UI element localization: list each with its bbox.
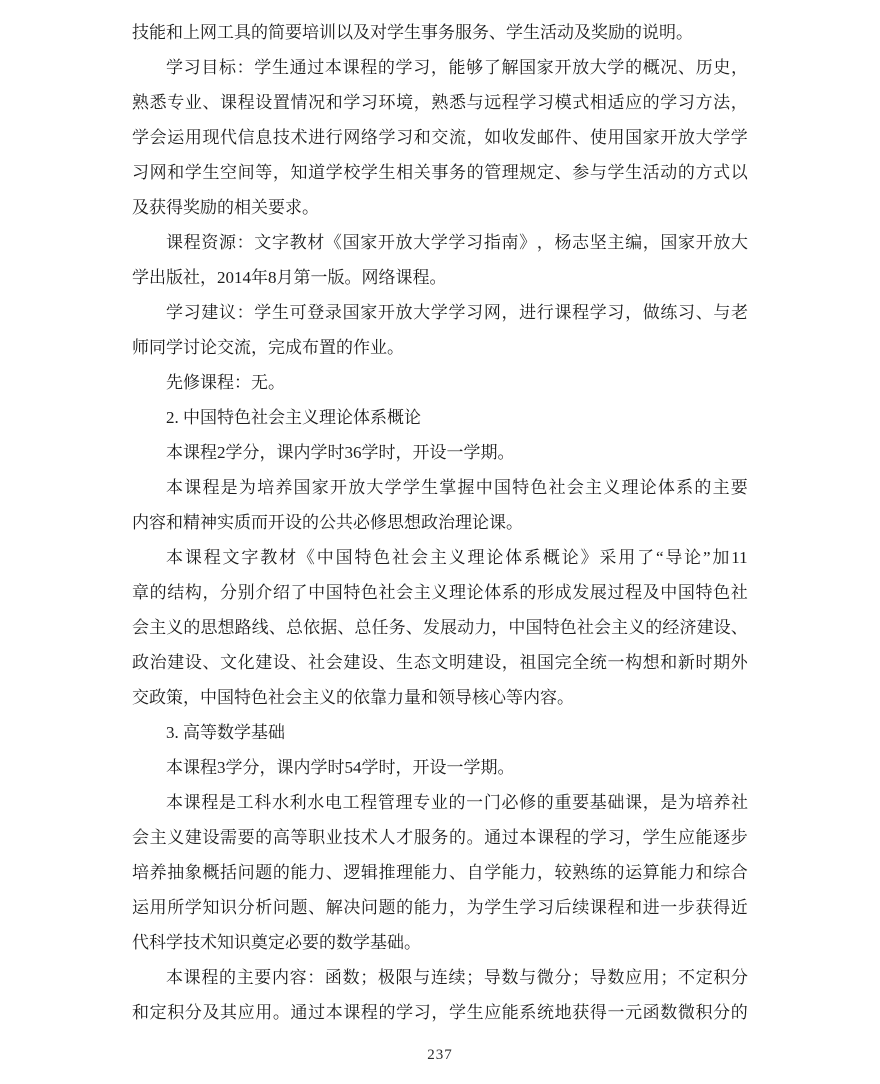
- text-line: 章的结构，分别介绍了中国特色社会主义理论体系的形成发展过程及中国特色社: [132, 575, 748, 610]
- text-line: 交政策，中国特色社会主义的依靠力量和领导核心等内容。: [132, 680, 748, 715]
- text-line: 熟悉专业、课程设置情况和学习环境，熟悉与远程学习模式相适应的学习方法，: [132, 85, 748, 120]
- text-line: 课程资源：文字教材《国家开放大学学习指南》，杨志坚主编，国家开放大: [132, 225, 748, 260]
- text-line: 本课程是工科水利水电工程管理专业的一门必修的重要基础课，是为培养社: [132, 785, 748, 820]
- text-line: 3. 高等数学基础: [132, 715, 748, 750]
- text-line: 本课程文字教材《中国特色社会主义理论体系概论》采用了“导论”加11: [132, 540, 748, 575]
- text-line: 习网和学生空间等，知道学校学生相关事务的管理规定、参与学生活动的方式以: [132, 155, 748, 190]
- text-line: 师同学讨论交流，完成布置的作业。: [132, 330, 748, 365]
- text-line: 会主义的思想路线、总依据、总任务、发展动力，中国特色社会主义的经济建设、: [132, 610, 748, 645]
- text-line: 学习建议：学生可登录国家开放大学学习网，进行课程学习，做练习、与老: [132, 295, 748, 330]
- text-line: 及获得奖励的相关要求。: [132, 190, 748, 225]
- page-number: 237: [0, 1044, 880, 1066]
- text-line: 2. 中国特色社会主义理论体系概论: [132, 400, 748, 435]
- text-line: 本课程是为培养国家开放大学学生掌握中国特色社会主义理论体系的主要: [132, 470, 748, 505]
- text-line: 政治建设、文化建设、社会建设、生态文明建设，祖国完全统一构想和新时期外: [132, 645, 748, 680]
- text-line: 运用所学知识分析问题、解决问题的能力，为学生学习后续课程和进一步获得近: [132, 890, 748, 925]
- text-line: 本课程3学分，课内学时54学时，开设一学期。: [132, 750, 748, 785]
- text-line: 内容和精神实质而开设的公共必修思想政治理论课。: [132, 505, 748, 540]
- text-line: 会主义建设需要的高等职业技术人才服务的。通过本课程的学习，学生应能逐步: [132, 820, 748, 855]
- text-line: 和定积分及其应用。通过本课程的学习，学生应能系统地获得一元函数微积分的: [132, 995, 748, 1030]
- text-line: 代科学技术知识奠定必要的数学基础。: [132, 925, 748, 960]
- text-line: 本课程的主要内容：函数；极限与连续；导数与微分；导数应用；不定积分: [132, 960, 748, 995]
- text-line: 先修课程：无。: [132, 365, 748, 400]
- text-line: 培养抽象概括问题的能力、逻辑推理能力、自学能力，较熟练的运算能力和综合: [132, 855, 748, 890]
- text-lines: 技能和上网工具的简要培训以及对学生事务服务、学生活动及奖励的说明。学习目标：学生…: [132, 15, 748, 1030]
- document-page: 技能和上网工具的简要培训以及对学生事务服务、学生活动及奖励的说明。学习目标：学生…: [0, 0, 880, 1084]
- text-line: 学出版社，2014年8月第一版。网络课程。: [132, 260, 748, 295]
- text-line: 技能和上网工具的简要培训以及对学生事务服务、学生活动及奖励的说明。: [132, 15, 748, 50]
- text-line: 学习目标：学生通过本课程的学习，能够了解国家开放大学的概况、历史，: [132, 50, 748, 85]
- text-line: 本课程2学分，课内学时36学时，开设一学期。: [132, 435, 748, 470]
- text-line: 学会运用现代信息技术进行网络学习和交流，如收发邮件、使用国家开放大学学: [132, 120, 748, 155]
